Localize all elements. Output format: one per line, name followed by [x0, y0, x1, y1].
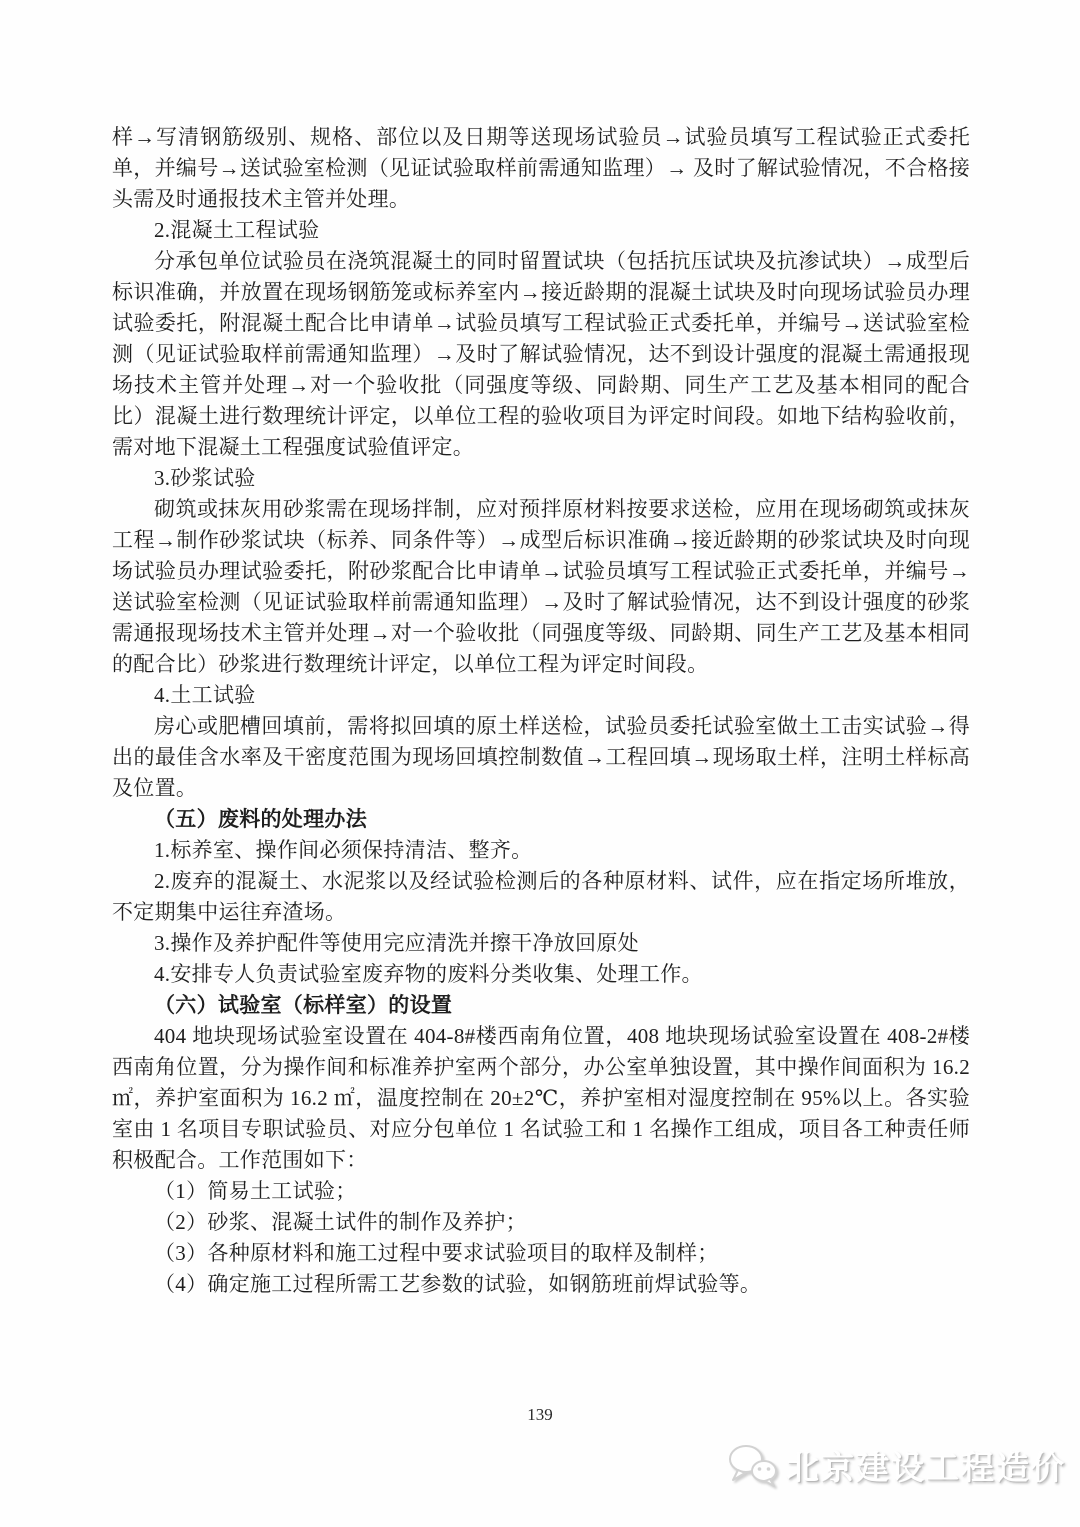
watermark: 北京建设工程造价 — [726, 1442, 1066, 1489]
paragraph: 3.砂浆试验 — [112, 463, 970, 494]
paragraph: 房心或肥槽回填前，需将拟回填的原土样送检，试验员委托试验室做土工击实试验→得出的… — [112, 711, 970, 804]
paragraph: 3.操作及养护配件等使用完应清洗并擦干净放回原处 — [112, 928, 970, 959]
paragraph: （4）确定施工过程所需工艺参数的试验，如钢筋班前焊试验等。 — [112, 1269, 970, 1300]
paragraph: 分承包单位试验员在浇筑混凝土的同时留置试块（包括抗压试块及抗渗试块）→成型后标识… — [112, 246, 970, 463]
paragraph: 4.土工试验 — [112, 680, 970, 711]
paragraph: （2）砂浆、混凝土试件的制作及养护； — [112, 1207, 970, 1238]
paragraph: 2.混凝土工程试验 — [112, 215, 970, 246]
paragraph: 样→写清钢筋级别、规格、部位以及日期等送现场试验员→试验员填写工程试验正式委托单… — [112, 122, 970, 215]
watermark-text: 北京建设工程造价 — [786, 1442, 1066, 1489]
paragraph: 2.废弃的混凝土、水泥浆以及经试验检测后的各种原材料、试件，应在指定场所堆放，不… — [112, 866, 970, 928]
paragraph: 404 地块现场试验室设置在 404-8#楼西南角位置，408 地块现场试验室设… — [112, 1021, 970, 1176]
paragraph: 1.标养室、操作间必须保持清洁、整齐。 — [112, 835, 970, 866]
paragraph: （1）简易土工试验； — [112, 1176, 970, 1207]
section-heading: （五）废料的处理办法 — [112, 804, 970, 835]
wechat-icon — [726, 1443, 780, 1489]
section-heading: （六）试验室（标样室）的设置 — [112, 990, 970, 1021]
document-page: 样→写清钢筋级别、规格、部位以及日期等送现场试验员→试验员填写工程试验正式委托单… — [0, 0, 1080, 1527]
page-number: 139 — [0, 1405, 1080, 1425]
document-content: 样→写清钢筋级别、规格、部位以及日期等送现场试验员→试验员填写工程试验正式委托单… — [112, 122, 970, 1300]
paragraph: 4.安排专人负责试验室废弃物的废料分类收集、处理工作。 — [112, 959, 970, 990]
paragraph: 砌筑或抹灰用砂浆需在现场拌制，应对预拌原材料按要求送检，应用在现场砌筑或抹灰工程… — [112, 494, 970, 680]
paragraph: （3）各种原材料和施工过程中要求试验项目的取样及制样； — [112, 1238, 970, 1269]
